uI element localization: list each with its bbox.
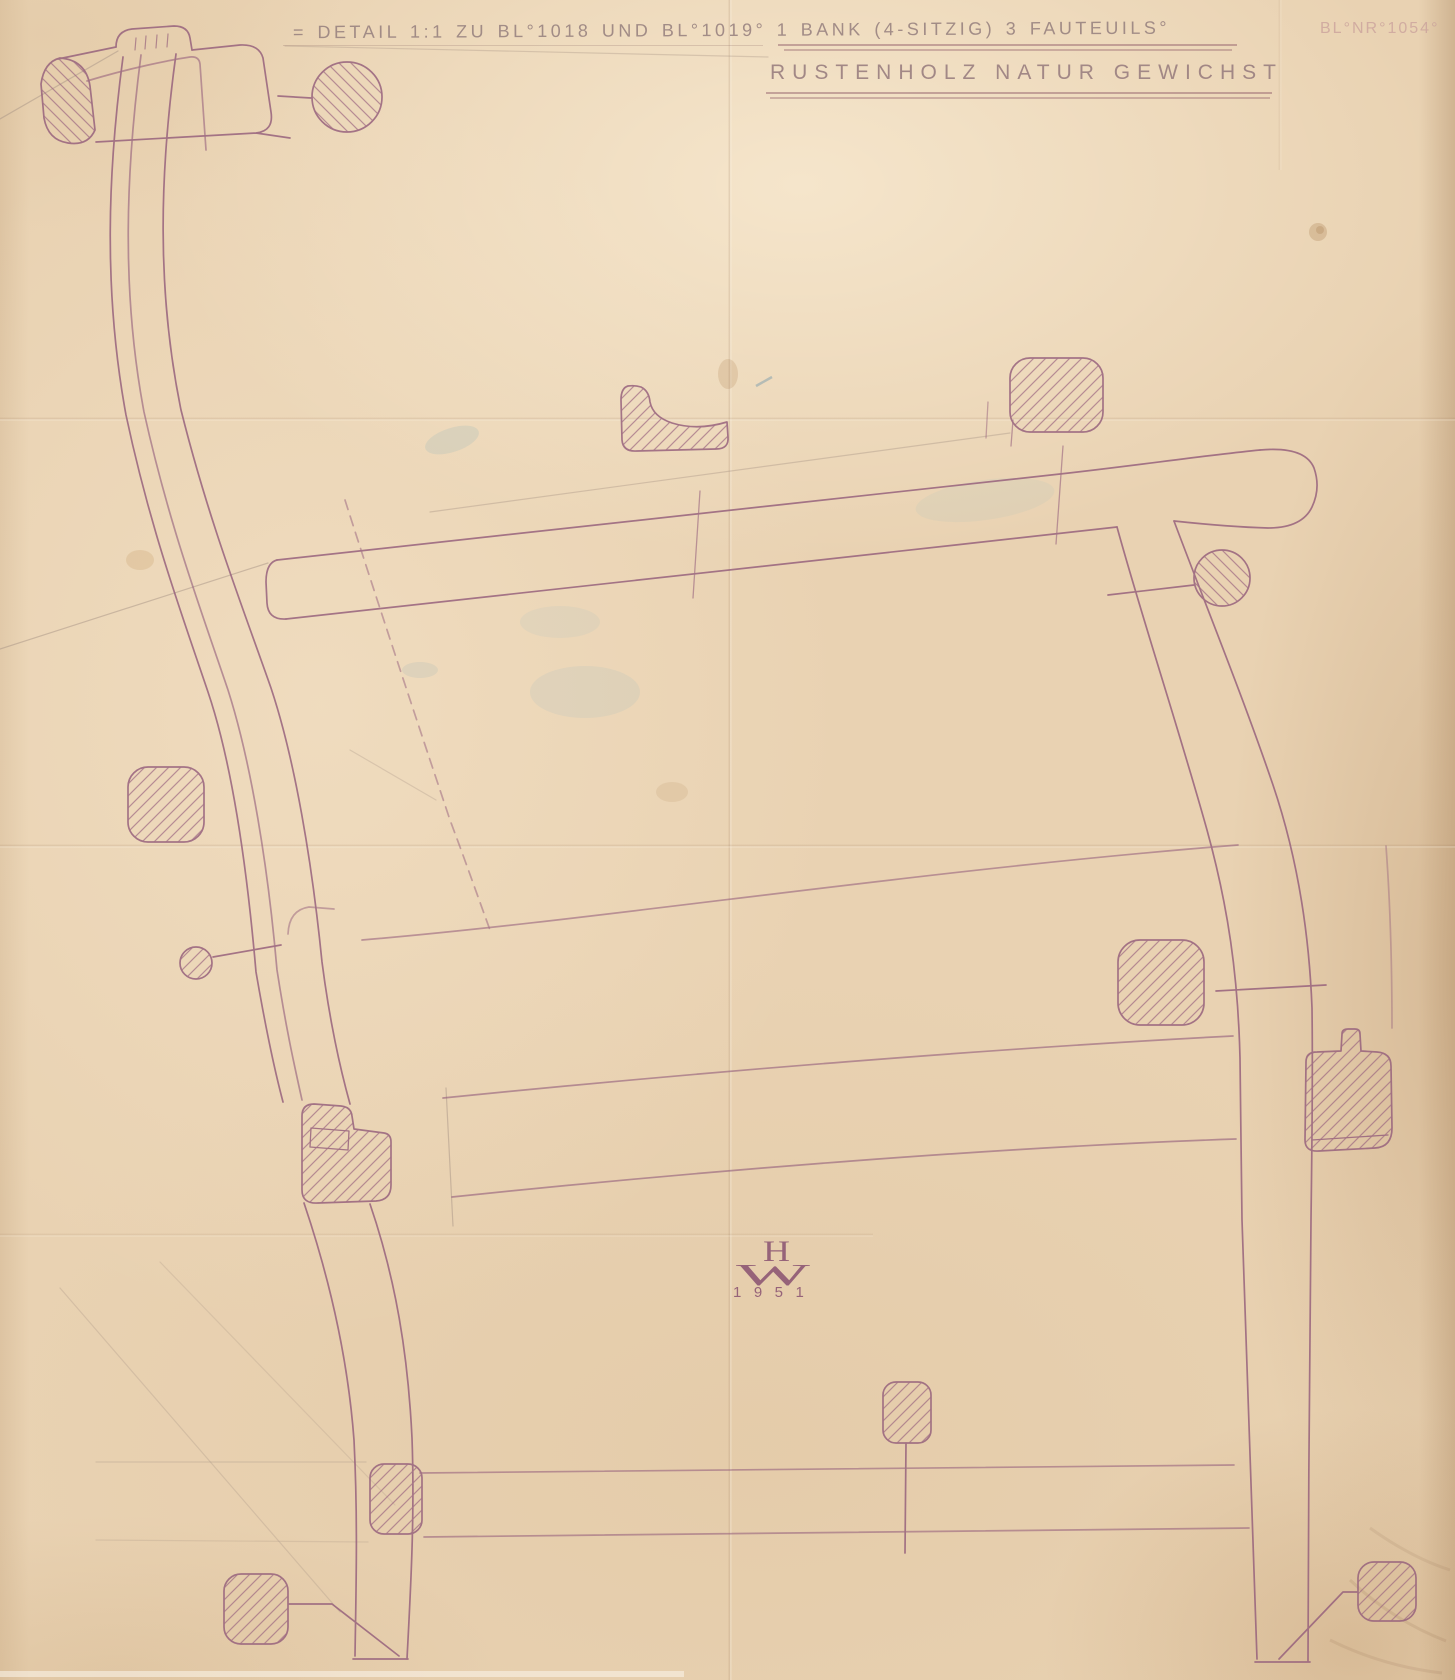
monogram-year: 1951 — [733, 1284, 816, 1301]
armrest-dowel-section — [1108, 550, 1250, 606]
front-foot-stretcher-section — [1279, 1562, 1416, 1659]
monogram-hw-1951: H W 1951 — [733, 1235, 816, 1301]
seat-rails — [288, 845, 1392, 1197]
rear-foot-stretcher-section — [224, 1574, 399, 1656]
armrest-nose — [1174, 449, 1317, 528]
side-rail-section — [1118, 940, 1326, 1025]
back-post — [110, 54, 490, 1104]
hidden-edge-dashed — [345, 500, 490, 930]
ink-lines — [41, 26, 1416, 1662]
top-rail-end-cap-section — [41, 58, 95, 143]
sheet-number: BL°NR°1054° — [1320, 20, 1439, 38]
top-rail-dowel-section — [278, 62, 382, 132]
rear-seat-joint-section — [302, 1104, 391, 1203]
armrest-rail-section — [986, 358, 1103, 446]
front-leg — [1117, 521, 1312, 1662]
title-line-2: RUSTENHOLZ NATUR GEWICHST — [770, 61, 1283, 85]
back-post-section — [128, 767, 204, 842]
drawing-sheet: H W 1951 = DETAIL 1:1 ZU BL°1018 UND BL°… — [0, 0, 1455, 1680]
armrest-rear-cap — [266, 560, 286, 619]
seat-back-rail-section — [621, 386, 728, 451]
front-seat-joint-section — [1305, 1029, 1392, 1151]
stretchers — [420, 1465, 1249, 1537]
rear-leg — [304, 1203, 413, 1659]
seat-dowel-section — [180, 945, 281, 979]
chair-profile-drawing: H W 1951 — [0, 0, 1455, 1680]
armrest — [266, 446, 1317, 619]
paper-stains — [126, 223, 1450, 1673]
stretcher-section-at-rear-leg — [370, 1464, 422, 1534]
backrest-top-rail — [41, 26, 290, 150]
back-post-top-cap — [116, 26, 192, 50]
